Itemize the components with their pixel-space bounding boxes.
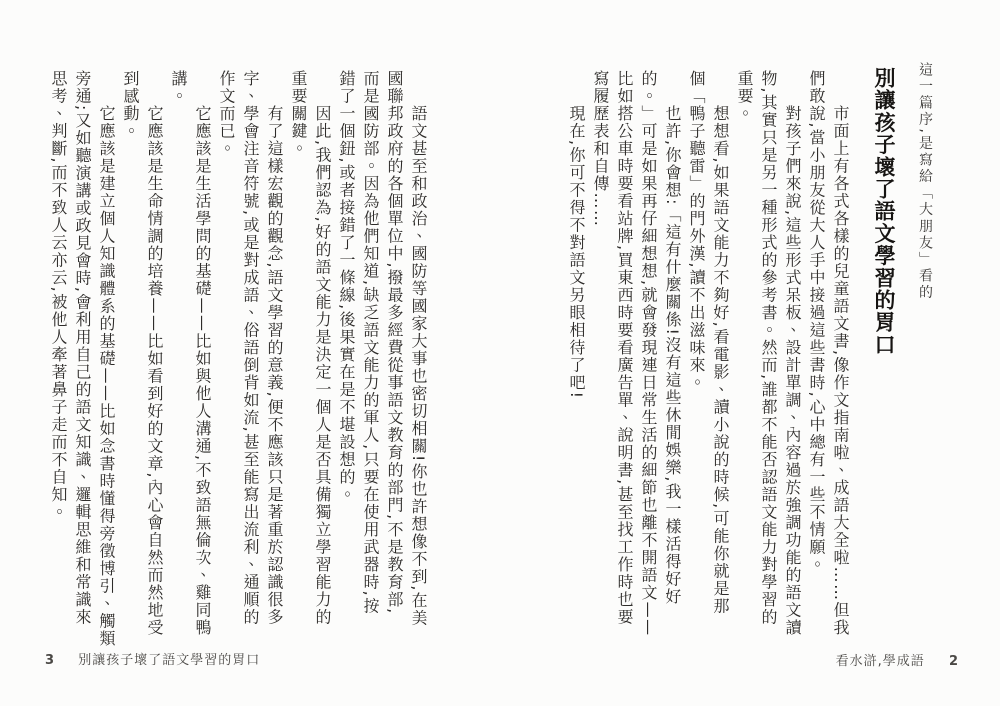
text-column: 們敢說,當小朋友從大人手中接過這些書時,心中總有一些不情願。 [804, 70, 828, 655]
text-column: 寫履歷表和自傳…… [588, 70, 612, 655]
text-column: 想想看,如果語文能力不夠好,看電影、讀小說的時候,可能你就是那 [708, 70, 732, 655]
page-number-left: 3 [45, 653, 54, 668]
text-column: 而是國防部。因為他們知道,缺乏語文能力的軍人,只要在使用武器時,按 [358, 70, 382, 655]
left-page-body-text: 語文甚至和政治、國防等國家大事也密切相關!你也許想像不到,在美國聯邦政府的各個單… [46, 70, 430, 655]
left-page-footer: 3 別讓孩子壞了語文學習的胃口 [45, 649, 260, 668]
text-column: 旁通;又如聽演講或政見會時,會利用自己的語文知識、邏輯思維和常識來 [70, 70, 94, 655]
running-title-left: 別讓孩子壞了語文學習的胃口 [78, 653, 260, 668]
text-column: 有了這樣宏觀的觀念,語文學習的意義,便不應該只是著重於認識很多 [262, 70, 286, 655]
text-column: 市面上有各式各樣的兒童語文書,像作文指南啦、成語大全啦……但我 [828, 70, 852, 655]
text-column: 它應該是生命情調的培養——比如看到好的文章,內心會自然而然地受 [142, 70, 166, 655]
text-column: 因此,我們認為,好的語文能力是決定一個人是否具備獨立學習能力的 [310, 70, 334, 655]
text-column: 到感動。 [118, 70, 142, 655]
text-column: 語文甚至和政治、國防等國家大事也密切相關!你也許想像不到,在美 [406, 70, 430, 655]
text-column: 錯了一個鈕,或者接錯了一條線,後果實在是不堪設想的。 [334, 70, 358, 655]
text-column: 作文而已。 [214, 70, 238, 655]
text-column: 也許,你會想:「這有什麼關係!沒有這些休閒娛樂,我一樣活得好好 [660, 70, 684, 655]
chapter-title: 別讓孩子壞了語文學習的胃口 [869, 62, 899, 662]
text-column: 物,其實只是另一種形式的參考書。然而,誰都不能否認語文能力對學習的 [756, 70, 780, 655]
running-title-right: 看水滸,學成語 [836, 654, 925, 669]
right-page-footer: 看水滸,學成語 2 [836, 650, 958, 669]
text-column: 的。」可是如果再仔細想想,就會發現連日常生活的細節也離不開語文—— [636, 70, 660, 655]
text-column: 對孩子們來說,這些形式呆板、設計單調、內容過於強調功能的語文讀 [780, 70, 804, 655]
page-number-right: 2 [949, 654, 958, 669]
book-spread: 這一篇序,是寫給「大朋友」看的 別讓孩子壞了語文學習的胃口 市面上有各式各樣的兒… [0, 0, 1000, 706]
text-column: 國聯邦政府的各個單位中,撥最多經費從事語文教育的部門,不是教育部, [382, 70, 406, 655]
chapter-title-block: 這一篇序,是寫給「大朋友」看的 別讓孩子壞了語文學習的胃口 [869, 62, 937, 662]
text-column: 重要關鍵。 [286, 70, 310, 655]
text-column: 字、學會注音符號,或是對成語、俗語倒背如流,甚至能寫出流利、通順的 [238, 70, 262, 655]
right-page-body-text: 市面上有各式各樣的兒童語文書,像作文指南啦、成語大全啦……但我們敢說,當小朋友從… [564, 70, 852, 655]
text-column: 個「鴨子聽雷」的門外漢,讀不出滋味來。 [684, 70, 708, 655]
text-column: 重要。 [732, 70, 756, 655]
text-column: 講。 [166, 70, 190, 655]
chapter-kicker: 這一篇序,是寫給「大朋友」看的 [913, 62, 937, 662]
text-column: 現在,你可不得不對語文另眼相待了吧! [564, 70, 588, 655]
text-column: 它應該是生活學問的基礎——比如與他人溝通,不致語無倫次、雞同鴨 [190, 70, 214, 655]
text-column: 思考、判斷,而不致人云亦云,被他人牽著鼻子走而不自知。 [46, 70, 70, 655]
text-column: 它應該是建立個人知識體系的基礎——比如念書時懂得旁徵博引、觸類 [94, 70, 118, 655]
text-column: 比如搭公車時要看站牌,買東西時要看廣告單、說明書,甚至找工作時也要 [612, 70, 636, 655]
